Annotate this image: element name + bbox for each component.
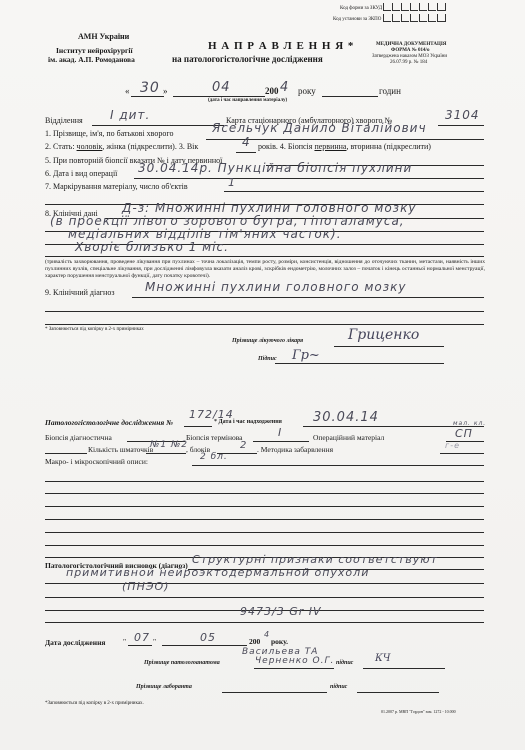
med-doc-line-4: 26.07.99 р. № 184 — [390, 60, 427, 65]
blocks-value[interactable]: 2 — [240, 440, 247, 451]
pieces-value[interactable]: №1 №2 — [150, 440, 188, 450]
staining-method-label: . Методика забарвлення — [257, 445, 333, 454]
study-date-label: Дата дослідження — [45, 638, 105, 647]
marking-label: 7. Маркірування матеріалу, число об'єкті… — [45, 182, 188, 191]
marking-value[interactable]: 1 — [228, 176, 236, 189]
pathologist-name-value[interactable]: Черненко О.Г. — [255, 656, 334, 666]
referral-day[interactable]: 30 — [140, 80, 160, 96]
clinical-data-note: (тривалість захворювання, проведене ліку… — [45, 259, 485, 281]
referral-date-caption: (дата і час направлення матеріалу) — [208, 98, 287, 103]
clinical-diagnosis-value[interactable]: Множинні пухлини головного мозку — [145, 280, 406, 294]
staining-method-value[interactable]: г-е — [445, 441, 460, 450]
sex-age-row: 2. Стать: чоловік, жінка (підкреслити). … — [45, 142, 198, 151]
referral-form-page: АМН України Інститут нейрохірургії ім. а… — [0, 0, 525, 750]
description-line[interactable] — [45, 493, 484, 494]
description-line[interactable] — [45, 532, 484, 533]
macro-micro-label: Макро- і мікроскопічний описи: — [45, 457, 148, 466]
sex-female-option[interactable]: жінка (підкреслити). 3. Вік — [106, 142, 198, 151]
description-line[interactable] — [45, 545, 484, 546]
med-doc-line-2: ФОРМА № 014/о — [391, 48, 429, 53]
operation-value[interactable]: 30.04.14р. Пункційна біопсія пухлини — [138, 161, 412, 175]
biopsy-row: років. 4. Біопсія первинна, вторинна (пі… — [258, 142, 431, 151]
referral-hours-field[interactable] — [322, 96, 378, 97]
patient-name-value[interactable]: Ясельчук Данило Віталійович — [212, 121, 427, 135]
form-title: Н А П Р А В Л Е Н Н Я * — [208, 40, 354, 52]
clinical-line-4[interactable]: Хворіє близько 1 міс. — [75, 240, 229, 254]
code-zkud-label: Код форми за ЗКУД — [340, 3, 447, 13]
study-year-suffix[interactable]: 4 — [264, 630, 270, 639]
conclusion-line-2[interactable]: примитивной нейроэктодермальной опухоли — [66, 566, 369, 579]
conclusion-line-4[interactable]: 9473/3 Gr IV — [240, 605, 322, 618]
code-zkud-boxes — [383, 3, 447, 13]
referral-year-label: року — [298, 86, 316, 96]
doctor-name-label: Прізвище лікуючого лікаря — [232, 338, 303, 344]
urgent-biopsy-value[interactable]: I — [278, 426, 282, 439]
pieces-label: Кількість шматочків — [88, 445, 153, 454]
copy-note: * Заповнюється під копірку в 2-х примірн… — [45, 327, 144, 332]
operational-material-note: мал. кл. — [453, 420, 486, 427]
med-doc-line-3: Затверджена наказом МОЗ України — [372, 54, 447, 59]
diagnostic-biopsy-label: Біопсія діагностична — [45, 433, 112, 442]
description-line[interactable] — [45, 481, 484, 482]
referral-hours-label: годин — [379, 86, 401, 96]
code-zkpo-label: Код установи за ЗКПО — [333, 14, 447, 24]
clinical-line-2[interactable]: (в проекції лівого зорового бугра, гіпот… — [50, 214, 405, 228]
referral-day-close: » — [163, 86, 168, 96]
operational-material-value[interactable]: СП — [455, 427, 473, 440]
study-day-close: " — [153, 637, 156, 646]
macro-micro-value[interactable]: 2 бл. — [200, 452, 228, 462]
pathologist-name-label: Прізвище патологоанатома — [144, 660, 220, 666]
study-year-prefix: 200 — [249, 637, 260, 646]
age-value[interactable]: 4 — [242, 135, 251, 149]
urgent-biopsy-label: Біопсія термінова — [186, 433, 243, 442]
referral-year-suffix[interactable]: 4 — [280, 80, 289, 95]
referral-day-open: « — [125, 86, 130, 96]
clinical-line-1[interactable]: Д-з: Множинні пухлини головного мозку — [122, 201, 416, 215]
description-line[interactable] — [45, 506, 484, 507]
org-line-3: ім. акад. А.П. Ромоданова — [48, 55, 135, 64]
footer-copy-note: *Заповнюється під копірку в 2-х примірни… — [45, 701, 144, 706]
lab-sign-field[interactable] — [357, 692, 439, 693]
biopsy-secondary-option[interactable]: , вторинна (підкреслити) — [346, 142, 431, 151]
description-line[interactable] — [45, 519, 484, 520]
referral-year-prefix: 200 — [265, 86, 279, 96]
lab-sign-label: підпис — [330, 684, 347, 690]
org-line-2: Інститут нейрохірургії — [56, 46, 133, 55]
clinical-diagnosis-label: 9. Клінічний діагноз — [45, 288, 115, 297]
doctor-name-value[interactable]: Гриценко — [348, 327, 419, 343]
code-zkud-text: Код форми за ЗКУД — [340, 6, 382, 11]
pathologist-sign-label: підпис — [336, 660, 353, 666]
lab-assistant-field[interactable] — [222, 692, 327, 693]
doctor-signature-value[interactable]: Гр~ — [292, 348, 320, 363]
department-value[interactable]: I дит. — [110, 108, 150, 122]
study-year-label: року. — [271, 637, 288, 646]
operation-label: 6. Дата і вид операції — [45, 169, 117, 178]
form-subtitle: на патологогістологічне дослідження — [172, 54, 323, 64]
biopsy-label: 4. Біопсія — [280, 142, 313, 151]
code-zkpo-text: Код установи за ЗКПО — [333, 17, 381, 22]
arrival-value[interactable]: 30.04.14 — [313, 410, 379, 425]
doctor-signature-label: Підпис — [258, 356, 277, 362]
study-day-open: " — [123, 637, 126, 646]
pathologist-sign-value[interactable]: КЧ — [375, 653, 390, 664]
referral-month[interactable]: 04 — [212, 80, 231, 95]
age-suffix: років. — [258, 142, 278, 151]
org-line-1: АМН України — [78, 32, 129, 41]
code-zkpo-boxes — [383, 14, 447, 24]
lab-assistant-label: Прізвище лаборанта — [136, 684, 192, 690]
med-doc-line-1: МЕДИЧНА ДОКУМЕНТАЦІЯ — [376, 42, 446, 47]
patient-name-label: 1. Прізвище, ім'я, по батькові хворого — [45, 129, 173, 138]
sex-male-option[interactable]: чоловік — [77, 142, 103, 151]
conclusion-line-3[interactable]: (ПНЭО) — [122, 580, 169, 593]
study-month[interactable]: 05 — [200, 631, 216, 644]
biopsy-primary-option[interactable]: первинна — [314, 142, 346, 151]
print-info: 01.2007 р. МВП "Гордон" зам. 1272 - 10.0… — [381, 709, 456, 714]
pathology-study-label: Патологогістологічне дослідження № — [45, 418, 173, 427]
study-day[interactable]: 07 — [134, 631, 150, 644]
arrival-label: * Дата і час надходження — [214, 419, 282, 425]
operational-material-label: Операційний матеріал — [313, 433, 384, 442]
card-value[interactable]: 3104 — [445, 108, 480, 122]
clinical-line-3[interactable]: медіальних відділів тім'яних часток). — [68, 227, 342, 241]
sex-label: 2. Стать: — [45, 142, 75, 151]
department-label: Відділення — [45, 116, 83, 125]
conclusion-line-1[interactable]: Структурні признаки соответствуют — [192, 553, 438, 566]
